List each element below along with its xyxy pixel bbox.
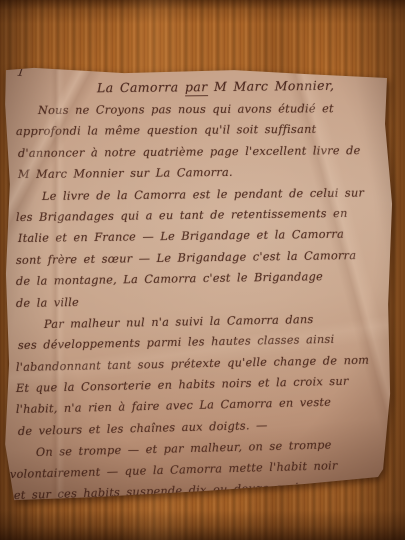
page-number: 1 [16,65,26,80]
manuscript-page: 1 La Camorra par M Marc Monnier, Nous ne… [4,64,394,501]
manuscript-line: approfondi la même question qu'il soit s… [16,123,389,147]
manuscript-title: La Camorra par M Marc Monnier, [97,78,334,95]
title-post: M Marc Monnier, [207,78,334,94]
wood-table-background: 1 La Camorra par M Marc Monnier, Nous ne… [0,0,405,540]
manuscript-lines: Nous ne Croyons pas nous qui avons étudi… [16,104,389,510]
manuscript-page-wrapper: 1 La Camorra par M Marc Monnier, Nous ne… [4,64,394,501]
title-underlined-word: par [185,79,208,96]
title-pre: La Camorra [97,79,185,95]
